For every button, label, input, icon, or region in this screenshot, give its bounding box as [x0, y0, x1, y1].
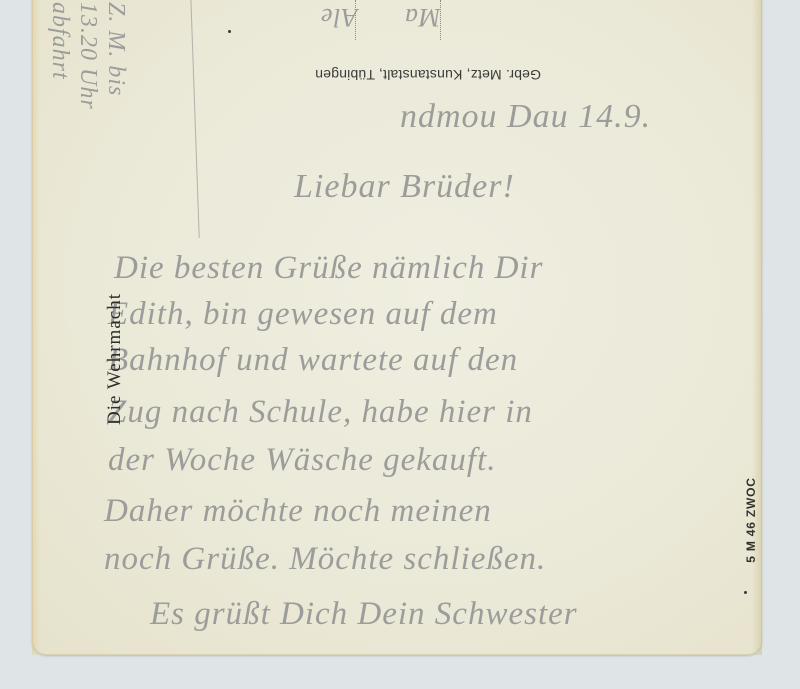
letter-line: Die besten Grüße nämlich Dir [114, 250, 543, 287]
date-line: ndmou Dau 14.9. [400, 98, 651, 136]
series-title: Die Wehrmacht [104, 259, 126, 459]
letter-line: Edith, bin gewesen auf dem [108, 296, 498, 333]
margin-note-line: abfahrt [46, 2, 74, 110]
publisher-imprint: Gebr. Metz, Kunstanstalt, Tübingen [272, 67, 584, 83]
margin-note-line: Z. M. bis [102, 2, 130, 110]
letter-line: Bahnhof und wartete auf den [108, 342, 518, 379]
letter-line: der Woche Wäsche gekauft. [108, 442, 497, 479]
letter-line: noch Grüße. Möchte schließen. [104, 541, 546, 578]
printed-dot [228, 30, 231, 33]
margin-note: Z. M. bis 13.20 Uhr abfahrt [46, 2, 130, 110]
letter-line: Es grüßt Dich Dein Schwester [150, 596, 578, 633]
salutation: Liebar Brüder! [294, 168, 515, 206]
postcard: Ale Ma Gebr. Metz, Kunstanstalt, Tübinge… [32, 0, 762, 655]
letter-line: Daher möchte noch meinen [104, 493, 492, 530]
top-fragment-2: Ma [404, 2, 441, 32]
top-fragment-1: Ale [320, 2, 358, 32]
print-code: 5 M 46 ZWOC [744, 460, 758, 580]
margin-note-line: 13.20 Uhr [74, 2, 102, 110]
code-dot [744, 591, 747, 594]
address-divider-line [190, 0, 200, 238]
letter-line: Zug nach Schule, habe hier in [108, 394, 533, 431]
